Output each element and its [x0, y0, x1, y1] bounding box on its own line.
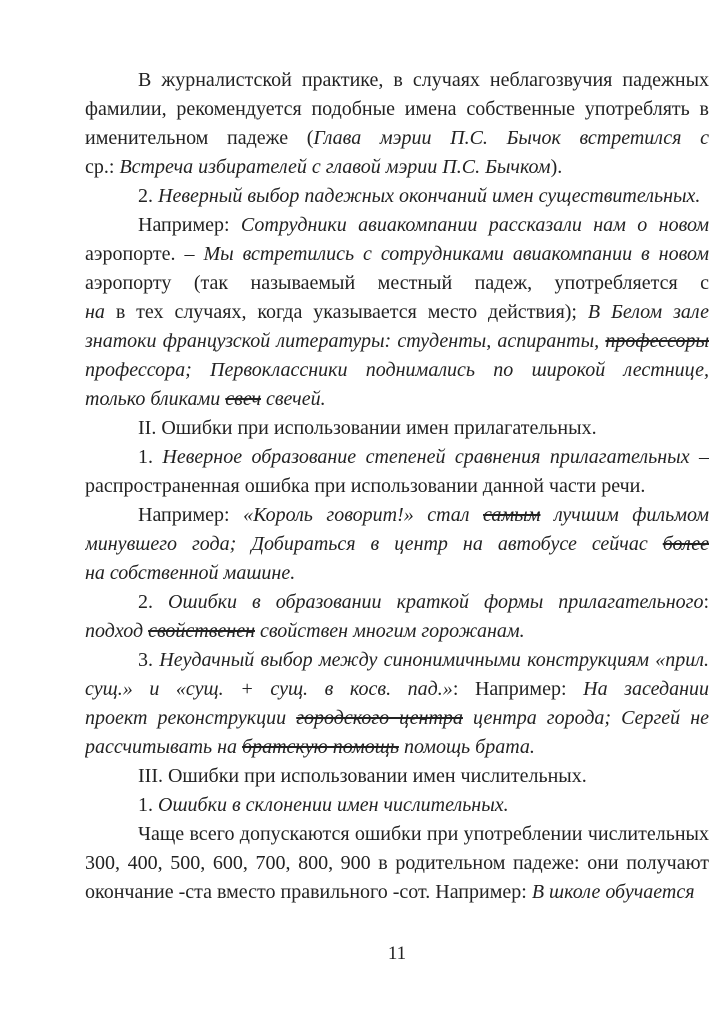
- text-line: 300, 400, 500, 600, 700, 800, 900 в роди…: [85, 849, 709, 878]
- text-line: III. Ошибки при использовании имен числи…: [85, 762, 709, 791]
- text-run: Неудачный выбор между синонимичными конс…: [85, 649, 709, 675]
- text-run: аэропорту (так называемый местный падеж,…: [85, 272, 709, 298]
- text-run: свойствен многим горожанам.: [255, 620, 525, 642]
- text-run: Неверное образование степеней сравнения …: [162, 446, 689, 468]
- text-run: на: [85, 301, 105, 323]
- paragraph: В журналистской практике, в случаях небл…: [85, 66, 709, 182]
- text-line: аэропорту (так называемый местный падеж,…: [85, 269, 709, 298]
- text-run: в тех случаях, когда указывается место д…: [105, 301, 588, 323]
- text-run: помощь брата.: [399, 736, 535, 758]
- text-run: ср.:: [85, 156, 119, 178]
- text-run: ).: [551, 156, 563, 178]
- text-run: окончание -ста вместо правильного -сот. …: [85, 881, 532, 903]
- text-run: сущ.» и «сущ. + сущ. в косв. пад.»: [85, 678, 453, 700]
- text-line: профессора; Первоклассники поднимались п…: [85, 356, 709, 385]
- text-line: Например: Сотрудники авиакомпании расска…: [85, 211, 709, 240]
- page-number: 11: [85, 943, 709, 965]
- struck-text-run: братскую помощь: [242, 736, 399, 758]
- text-run: 1.: [138, 794, 158, 816]
- text-run: подход: [85, 620, 148, 642]
- text-run: «Король говорит!» стал: [243, 504, 483, 526]
- text-run: :: [703, 591, 709, 613]
- text-line: распространенная ошибка при использовани…: [85, 472, 709, 501]
- paragraph: Например: «Король говорит!» стал самым л…: [85, 501, 709, 588]
- document-body: В журналистской практике, в случаях небл…: [85, 66, 709, 907]
- text-line: окончание -ста вместо правильного -сот. …: [85, 878, 709, 907]
- paragraph: 1. Ошибки в склонении имен числительных.: [85, 791, 709, 820]
- text-run: именительном падеже (: [85, 127, 313, 149]
- text-run: минувшего года; Добираться в центр на ав…: [85, 533, 663, 555]
- text-line: проект реконструкции городского центра ц…: [85, 704, 709, 733]
- text-line: фамилии, рекомендуется подобные имена со…: [85, 95, 709, 124]
- text-run: Сотрудники авиакомпании рассказали нам о…: [241, 214, 709, 236]
- page: В журналистской практике, в случаях небл…: [0, 0, 724, 1024]
- text-line: рассчитывать на братскую помощь помощь б…: [85, 733, 709, 762]
- text-run: Например:: [138, 214, 241, 236]
- text-line: сущ.» и «сущ. + сущ. в косв. пад.»: Напр…: [85, 675, 709, 704]
- text-run: В журналистской практике, в случаях небл…: [85, 69, 709, 95]
- text-run: Встреча избирателей с главой мэрии П.С. …: [119, 156, 550, 178]
- struck-text-run: самым: [483, 504, 540, 526]
- text-line: В журналистской практике, в случаях небл…: [85, 66, 709, 95]
- text-run: лучшим фильмом: [540, 504, 709, 526]
- text-run: : Например:: [453, 678, 583, 700]
- text-line: Чаще всего допускаются ошибки при употре…: [85, 820, 709, 849]
- text-run: знатоки французской литературы: студенты…: [85, 330, 605, 352]
- text-run: профессора; Первоклассники поднимались п…: [85, 359, 709, 385]
- paragraph: III. Ошибки при использовании имен числи…: [85, 762, 709, 791]
- text-run: Чаще всего допускаются ошибки при употре…: [85, 823, 709, 849]
- struck-text-run: профессоры: [605, 330, 709, 352]
- paragraph: Например: Сотрудники авиакомпании расска…: [85, 211, 709, 414]
- text-run: 2.: [138, 185, 158, 207]
- struck-text-run: более: [663, 533, 709, 555]
- text-line: именительном падеже (Глава мэрии П.С. Бы…: [85, 124, 709, 153]
- text-line: на в тех случаях, когда указывается мест…: [85, 298, 709, 327]
- paragraph: II. Ошибки при использовании имен прилаг…: [85, 414, 709, 443]
- text-line: 1. Ошибки в склонении имен числительных.: [85, 791, 709, 820]
- text-line: II. Ошибки при использовании имен прилаг…: [85, 414, 709, 443]
- struck-text-run: городского центра: [296, 707, 463, 729]
- struck-text-run: свеч: [225, 388, 261, 410]
- text-run: Ошибки в склонении имен числительных.: [158, 794, 509, 816]
- paragraph: 2. Неверный выбор падежных окончаний име…: [85, 182, 709, 211]
- text-run: 2.: [138, 591, 168, 613]
- text-run: 300, 400, 500, 600, 700, 800, 900 в роди…: [85, 852, 709, 874]
- text-line: 1. Неверное образование степеней сравнен…: [85, 443, 709, 472]
- text-line: знатоки французской литературы: студенты…: [85, 327, 709, 356]
- text-run: распространенная ошибка при использовани…: [85, 475, 645, 497]
- text-run: Ошибки в образовании краткой формы прила…: [168, 591, 703, 613]
- text-line: только бликами свеч свечей.: [85, 385, 709, 414]
- text-line: 2. Неверный выбор падежных окончаний име…: [85, 182, 709, 211]
- text-run: рассчитывать на: [85, 736, 242, 758]
- text-line: минувшего года; Добираться в центр на ав…: [85, 530, 709, 559]
- struck-text-run: свойственен: [148, 620, 255, 642]
- text-run: Мы встретились с сотрудниками авиакомпан…: [203, 243, 709, 265]
- text-line: Например: «Король говорит!» стал самым л…: [85, 501, 709, 530]
- text-line: 3. Неудачный выбор между синонимичными к…: [85, 646, 709, 675]
- paragraph: 1. Неверное образование степеней сравнен…: [85, 443, 709, 501]
- text-run: 1.: [138, 446, 162, 468]
- text-line: 2. Ошибки в образовании краткой формы пр…: [85, 588, 709, 617]
- paragraph: Чаще всего допускаются ошибки при употре…: [85, 820, 709, 907]
- text-run: III. Ошибки при использовании имен числи…: [138, 765, 587, 787]
- text-line: на собственной машине.: [85, 559, 709, 588]
- text-run: аэропорте. –: [85, 243, 203, 265]
- text-line: ср.: Встреча избирателей с главой мэрии …: [85, 153, 709, 182]
- text-run: II. Ошибки при использовании имен прилаг…: [138, 417, 597, 439]
- text-line: аэропорте. – Мы встретились с сотрудника…: [85, 240, 709, 269]
- text-run: только бликами: [85, 388, 225, 410]
- text-run: 3.: [138, 649, 159, 671]
- paragraph: 2. Ошибки в образовании краткой формы пр…: [85, 588, 709, 646]
- text-line: подход свойственен свойствен многим горо…: [85, 617, 709, 646]
- paragraph: 3. Неудачный выбор между синонимичными к…: [85, 646, 709, 762]
- text-run: Например:: [138, 504, 243, 526]
- text-run: Неверный выбор падежных окончаний имен с…: [158, 185, 700, 207]
- text-run: свечей.: [261, 388, 326, 410]
- text-run: проект реконструкции: [85, 707, 296, 729]
- text-run: фамилии, рекомендуется подобные имена со…: [85, 98, 709, 120]
- text-run: на собственной машине.: [85, 562, 295, 584]
